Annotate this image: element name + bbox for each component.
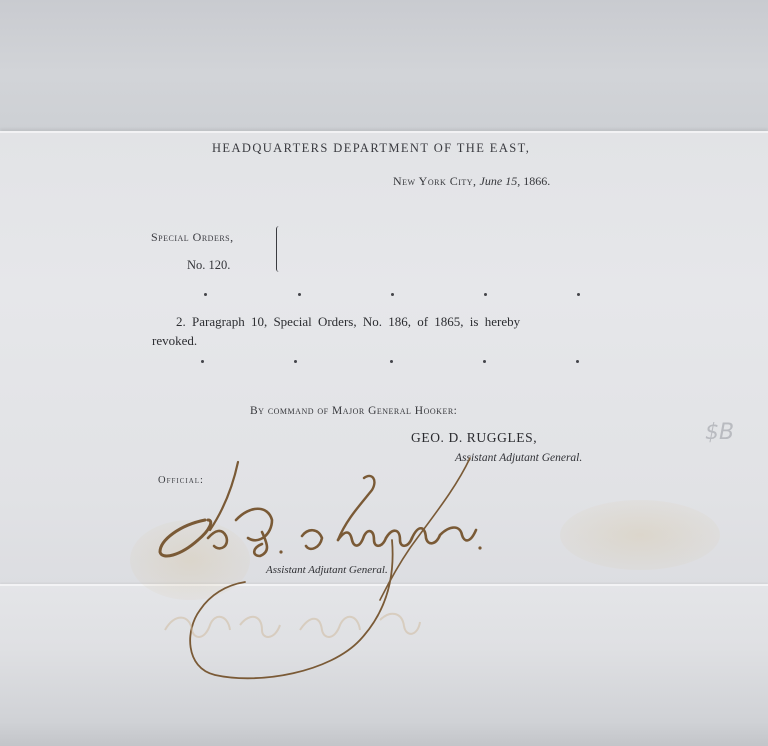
handwritten-signature [0,0,768,746]
